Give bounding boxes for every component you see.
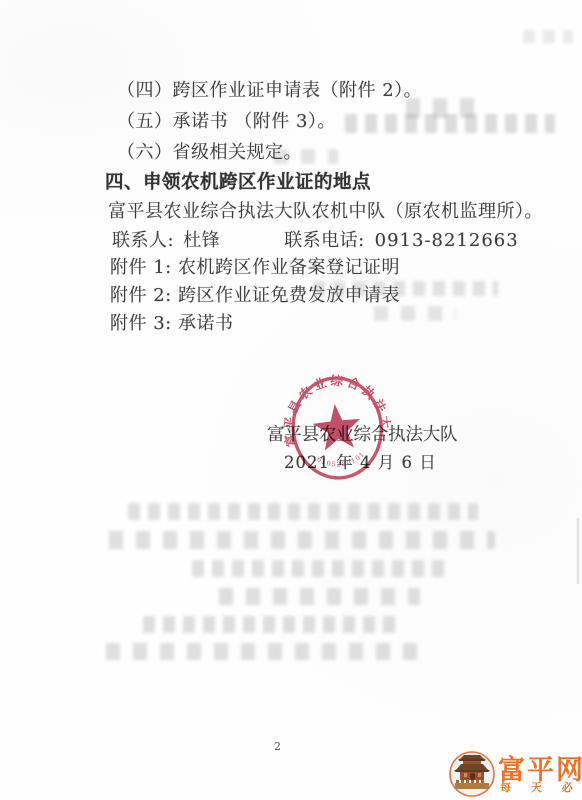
tower-icon [448, 750, 496, 798]
bleed-through-row [268, 149, 338, 164]
bleed-through-row [143, 616, 401, 633]
official-seal: 富平县农业综合执法大队 610528010195 [280, 364, 394, 488]
list-item-5: （五）承诺书 （附件 3）。 [117, 107, 336, 133]
attachment-1: 附件 1: 农机跨区作业备案登记证明 [110, 253, 400, 279]
location-line: 富平县农业综合执法大队农机中队（原农机监理所）。 [108, 197, 543, 223]
fupingwang-watermark: 富平网 每 天 必 看 [446, 748, 582, 798]
bleed-through-row [100, 643, 425, 660]
bleed-through-row [313, 281, 498, 296]
contact-phone-number: 0913-8212663 [375, 230, 519, 251]
page-number: 2 [274, 740, 281, 753]
bleed-through-row [213, 588, 420, 605]
bleed-through-row [523, 30, 573, 43]
contact-phone-label: 联系电话: [284, 230, 365, 251]
bleed-through-row [128, 503, 478, 520]
scan-artifact-line [577, 518, 579, 584]
seal-star-icon [311, 402, 363, 452]
bleed-through-row [103, 531, 495, 549]
list-item-4: （四）跨区作业证申请表（附件 2）。 [117, 76, 422, 102]
bleed-through-row [345, 114, 555, 133]
watermark-tagline: 每 天 必 看 [500, 779, 582, 795]
contact-person-name: 杜锋 [183, 230, 220, 251]
attachment-3: 附件 3: 承诺书 [110, 309, 233, 335]
scanned-document-page: （四）跨区作业证申请表（附件 2）。 （五）承诺书 （附件 3）。 （六）省级相… [0, 0, 582, 800]
bleed-through-row [192, 560, 447, 577]
bleed-through-row [368, 306, 456, 321]
contact-line: 联系人:杜锋联系电话:0913-8212663 [112, 226, 519, 252]
section-heading: 四、申领农机跨区作业证的地点 [105, 168, 371, 194]
contact-person-label: 联系人: [112, 230, 174, 251]
